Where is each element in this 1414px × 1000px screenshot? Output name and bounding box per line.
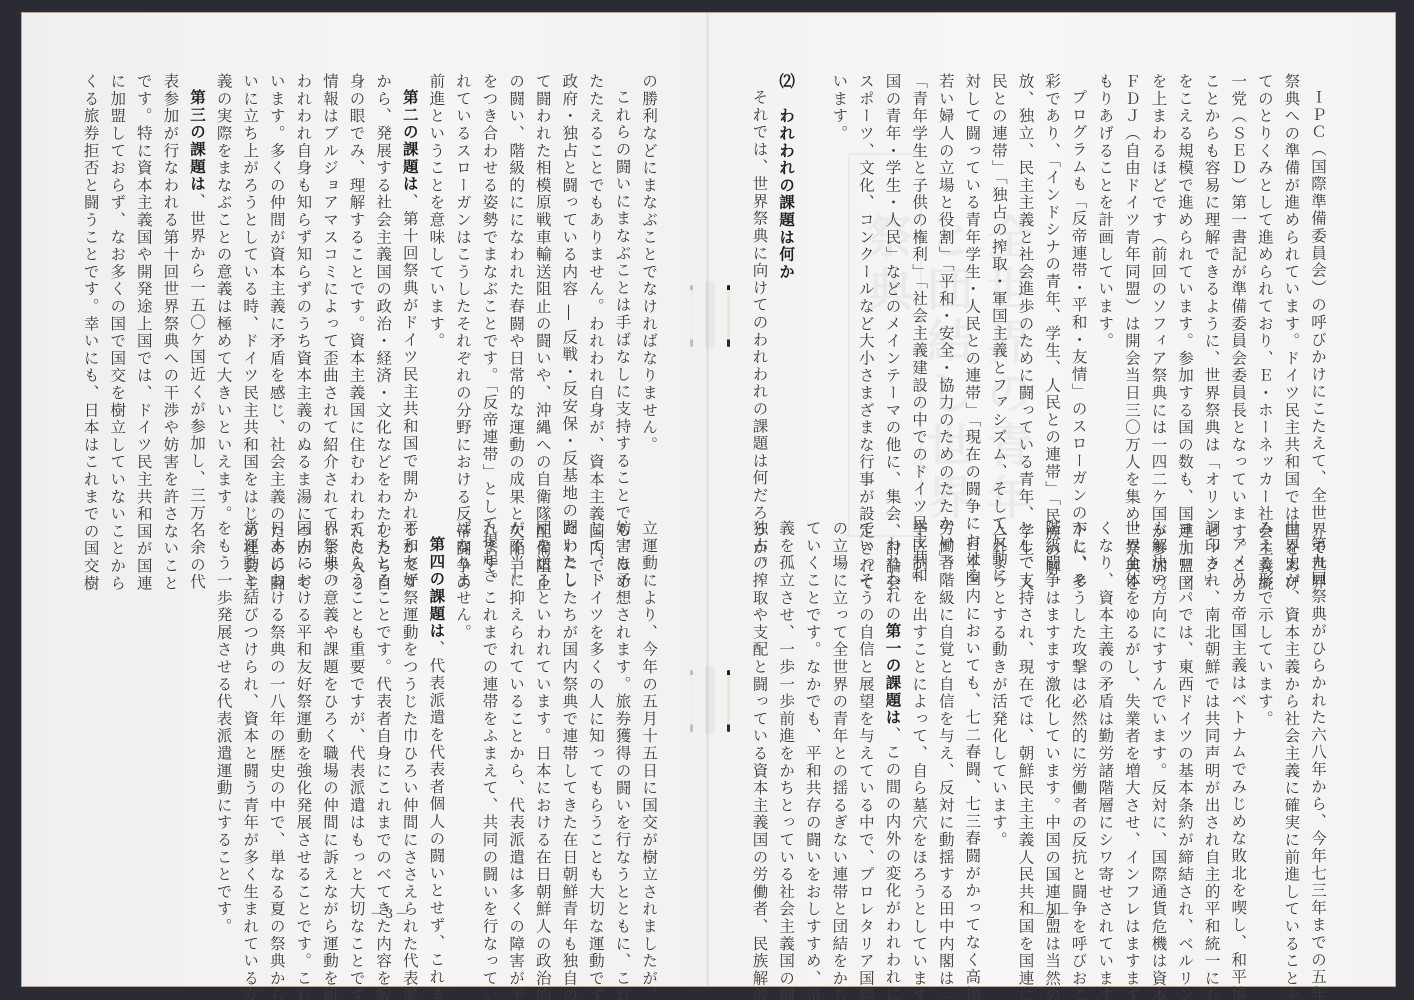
text-column: 放、独立、民主主義と社会進歩のために闘っている青年、学生、人 [1012,73,1039,503]
staple-shadow-bottom [705,666,715,734]
text-column: 調印され、南北朝鮮では共同声明が出され自主的平和統一にむかい [1198,520,1225,920]
text-column [799,73,826,503]
text-column: てもらうことも重要ですが、代表派遣はもっと大切なことです。世 [343,520,370,920]
text-column: じて、ドイツを多くの人に知ってもらうことも大切な運動です。ま [582,520,609,920]
text-column: を上まわるほどです（前回のソフィア祭典には一四二ケ国が参加）。 [1145,73,1172,503]
section-heading: ⑵ われわれの課題は何か [773,73,800,503]
staple-shadow-top [705,281,715,349]
text-column: アメリカ帝国主義はベトナムでみじめな敗北を喫し、和平協定が [1225,520,1252,920]
text-column: われわれ自身も知らず知らずのうち資本主義のぬるま湯につかって [290,73,317,503]
text-column: これらの闘いにまなぶことは手ばなしに支持することでも、ほめ [609,73,636,503]
text-column: くる旅券拒否と闘うことです。幸いにも、日本はこれまでの国交樹 [77,73,104,503]
text-column: もりあげることを計画しています。 [1092,73,1119,503]
text-column: それでは、世界祭典に向けてのわれわれの課題は何だろうか。 [746,73,773,503]
text-column: の勝利などにまなぶことでなければなりません。 [635,73,662,503]
text-column: スポーツ、文化、コンクールなど大小さまざまな行事が設定されて [852,73,879,503]
text-column: います。多くの仲間が資本主義に矛盾を感じ、社会主義のための闘 [263,73,290,503]
bold-lead: 第二の課題は [401,89,420,193]
text-column: 身の眼でみ、理解することです。資本主義国に住むわれわれに入る [343,73,370,503]
text-column: に加盟しておらず、なお多くの国で国交を樹立していないことから [104,73,131,503]
staple-bottom [727,670,730,732]
text-column: て闘われた相模原戦車輸送阻止の闘いや、沖縄への自衛隊配備阻止 [529,73,556,503]
text-column: たわたしたちが国内祭典で連帯してきた在日朝鮮青年も独自の代表 [556,520,583,920]
bold-lead: 第一の課題は [884,622,903,726]
page-2-number: －2－ [1032,903,1072,922]
text-column: です。特に資本主義国や開発途上国では、ドイツ民主共和国が国連 [130,73,157,503]
text-column: 国内における平和友好祭運動を強化発展させることです。これまで [290,520,317,920]
text-column: 妨害も予想されます。旅券獲得の闘いを行なうとともに、これを通 [609,520,636,920]
text-column: 世界全体をゆるがし、失業者を増大させ、インフレはますます激し [1118,520,1145,920]
text-column: も解決の方向にすすんでいます。反対に、国際通貨危機は資本主義 [1145,520,1172,920]
text-column: プログラムも「反帝連帯・平和・友情」のスローガンの下に、多 [1065,73,1092,503]
text-column: 常運動と結びつけられ、資本と闘う青年が多く生まれている友好祭 [237,520,264,920]
text-column: 第九回祭典がひらかれた六八年から、今年七三年までの五年間は [1304,520,1331,920]
text-column: 第三の課題は、世界から一五〇ケ国近くが参加し、三万名余の代 [183,73,210,503]
text-column: れているスローガンはこうしたそれぞれの分野における反帝闘争の [449,73,476,503]
text-column: 情報はブルジョアマスコミによって歪曲されて紹介されています。 [316,73,343,503]
text-column: 政府・独占と闘っている内容 ― 反戦・反安保・反基地の闘いとし [556,73,583,503]
text-column: 平和友好祭運動をつうじた巾ひろい仲間にささえられた代表派遣を [396,520,423,920]
text-column: ていっそうの自信と展望を与えている中で、プロレタリア国際主義 [852,520,879,920]
page-2-lower-text: 第九回祭典がひらかれた六八年から、今年七三年までの五年間は世界史が、資本主義から… [746,520,1331,920]
text-column: 挙区制」を出すことによって、自ら墓穴をほろうとしています。 [906,520,933,920]
text-column: たたえることでもありません。われわれ自身が、資本主義国内で、 [582,73,609,503]
text-column: 祭典への準備が進められています。ドイツ民主共和国では国をあげ [1278,73,1305,503]
text-column: をつき合わせる姿勢でまなぶことです。「反帝連帯」として提起さ [476,73,503,503]
page-3-number: －3－ [370,903,410,922]
bold-lead: 第四の課題は [427,536,446,640]
page-3-upper-text: の勝利などにまなぶことでなければなりません。これらの闘いにまなぶことは手ばなしに… [77,73,662,503]
text-column: 独占の搾取や支配と闘っている資本主義国の労働者、民族解放闘争 [746,520,773,920]
text-column: てのとりくみとして進められており、Ｅ・ホーネッカー社会主義統 [1251,73,1278,503]
text-column: 階級闘争はますます激化しています。中国の国連加盟は当然のこと [1038,520,1065,920]
text-column: ことからも容易に理解できるように、世界祭典は「オリンピック」 [1198,73,1225,503]
text-column: 義の実際をまなぶことの意義は極めて大きいといえます。 [210,73,237,503]
text-column: 界祭典の意義や課題をひろく職場の仲間に訴えながら運動を組織し [316,520,343,920]
text-column: 「青年学生と子供の権利」「社会主義建設の中でのドイツ民主共和 [906,73,933,503]
text-column: 第二の課題は、第十回祭典がドイツ民主共和国で開かれるかです [396,73,423,503]
text-column: が不当に抑えられていることから、代表派遣は多くの障害が予想さ [503,520,530,920]
text-column: 義を孤立させ、一歩一歩前進をかちとっている社会主義国の闘い、 [773,520,800,920]
text-column: から、発展する社会主義国の政治・経済・文化などをわたしたち自 [370,73,397,503]
text-column: 対して闘っている青年学生・人民との連帯」「現在の闘争における [959,73,986,503]
text-column: 入れようとする動きが活発化しています。 [985,520,1012,920]
text-column: ばなりません。 [449,520,476,920]
text-column: 民との連帯」「独占の搾取・軍国主義とファシズム、そして反動に [985,73,1012,503]
text-column: います。 [826,73,853,503]
text-column: いに立ち上がろうとしている時、ドイツ民主共和国をはじめ社会主 [237,73,264,503]
center-fold [706,13,709,986]
text-column: われわれの第一の課題は、この間の内外の変化がわれわれにとっ [879,520,906,920]
text-column: 前進ということを意味しています。 [423,73,450,503]
text-column: 国の青年・学生・人民」などのメインテーマの他に、集会、討論会 [879,73,906,503]
text-column: れます。これまでの連帯をふまえて、共同の闘いを行なっていかね [476,520,503,920]
page-2-upper-text: ＩＰＣ（国際準備委員会）の呼びかけにこたえて、全世界で世界祭典への準備が進められ… [746,73,1331,503]
text-column: をもう一歩発展させる代表派遣運動にすることです。 [210,520,237,920]
text-column: ＦＤＪ（自由ドイツ青年同盟）は開会当日三〇万人を集め、祭典を [1118,73,1145,503]
bold-lead: 第三の課題は [188,89,207,193]
text-column: をこえる規模で進められています。参加する国の数も、国連加盟国 [1171,73,1198,503]
staple-top [727,285,730,347]
staple-top-back [690,285,693,347]
text-column: みえる形で示しています。 [1251,520,1278,920]
text-column: 第四の課題は、代表派遣を代表者個人の闘いとせず、これまでの [423,520,450,920]
text-column: の立場に立って全世界の青年との揺るぎない連帯と団結をかちとっ [826,520,853,920]
text-column: の闘い、階級的にになわれた春闘や日常的な運動の成果と欠陥 ― [503,73,530,503]
text-column: 彩であり、「インドシナの青年、学生、人民との連帯」「民族の解 [1038,73,1065,503]
booklet-spread: 全世界の青年と団結し世界祭典 ＩＰＣ（国際準備委員会）の呼びかけにこたえて、全世… [22,13,1395,986]
text-column: ヨーロッパでは、東西ドイツの基本条約が締結され、ベルリン問題 [1171,520,1198,920]
page-3-lower-text: 立運動により、今年の五月十五日に国交が樹立されましたが、なお妨害も予想されます。… [210,520,662,920]
text-column: 日本における祭典の一八年の歴史の中で、単なる夏の祭典から、日 [263,520,290,920]
text-column: くなり、資本主義の矛盾は勤労諸階層にシワ寄せされています。し [1092,520,1119,920]
text-column: 団を送るといわれています。日本における在日朝鮮人の政治的地位 [529,520,556,920]
text-column: 日本国内においても、七二春闘、七三春闘がかってなく高揚し、 [959,520,986,920]
text-column: かし、そうした攻撃は必然的に労働者の反抗と闘争を呼びおこし、 [1065,520,1092,920]
text-column: 世界史が、資本主義から社会主義に確実に前進していることを目に [1278,520,1305,920]
text-column: 立運動により、今年の五月十五日に国交が樹立されましたが、なお [636,520,663,920]
text-column: ていくことです。なかでも、平和共存の闘いをおしすすめ、帝国主 [799,520,826,920]
staple-bottom-back [690,670,693,732]
text-column: 表参加が行なわれる第十回世界祭典への干渉や妨害を許さないこと [157,73,184,503]
text-column: かちとることです。代表者自身にこれまでのべてきた内容を吸収し [370,520,397,920]
text-column: 若い婦人の立場と役割」「平和・安全・協力のためのたたかい」、 [932,73,959,503]
text-column: ＩＰＣ（国際準備委員会）の呼びかけにこたえて、全世界で世界 [1304,73,1331,503]
text-column: 一党（ＳＥＤ）第一書記が準備委員会委員長となっています。この [1225,73,1252,503]
text-column: として支持され、現在では、朝鮮民主主義人民共和国を国連に迎え [1012,520,1039,920]
text-column: 労働者階級に自覚と自信を与え、反対に動揺する田中内閣は「小選 [932,520,959,920]
